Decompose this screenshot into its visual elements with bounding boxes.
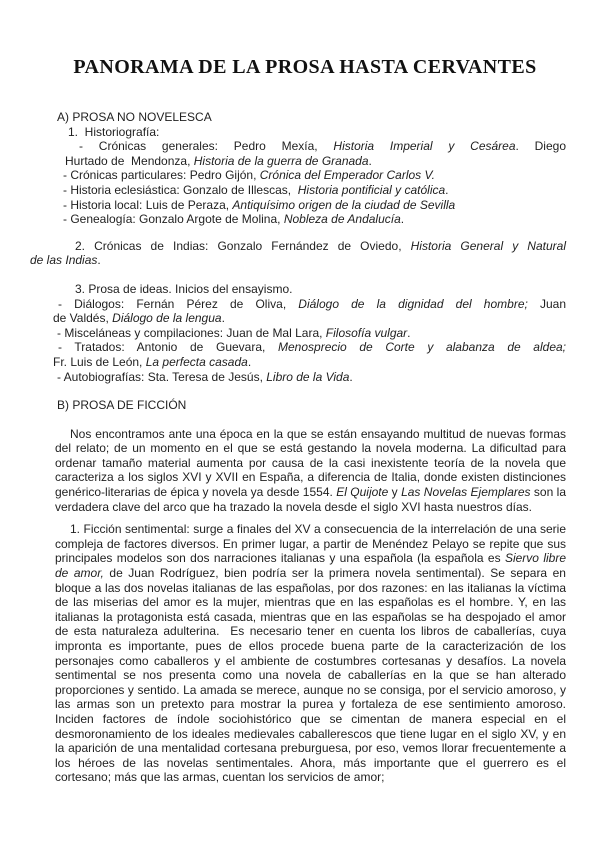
list-item-dialogos-line2: de Valdés, Diálogo de la lengua. bbox=[53, 311, 566, 326]
section-b-heading: B) PROSA DE FICCIÓN bbox=[57, 398, 566, 413]
book-title-italic: Filosofía vulgar bbox=[326, 326, 407, 340]
list-item-autobiografias: - Autobiografías: Sta. Teresa de Jesús, … bbox=[57, 370, 566, 385]
book-title-italic: Nobleza de Andalucía bbox=[284, 212, 401, 226]
book-title-italic: Diálogo de la dignidad del hombre; bbox=[298, 297, 528, 311]
list-item-miscelaneas: - Misceláneas y compilaciones: Juan de M… bbox=[57, 326, 566, 341]
list-item-cronicas-generales-line2: Hurtado de Mendonza, Historia de la guer… bbox=[65, 154, 566, 169]
book-title-italic: Historia General y Natural bbox=[411, 239, 566, 253]
numbered-item-3: 3. Prosa de ideas. Inicios del ensayismo… bbox=[75, 282, 566, 297]
book-title-italic: de las Indias bbox=[30, 253, 97, 267]
book-title-italic: Las Novelas Ejemplares bbox=[401, 485, 530, 499]
numbered-item-1: 1. Historiografía: bbox=[68, 125, 566, 140]
text-run: de Valdés, bbox=[53, 311, 112, 325]
text-run: - Diálogos: Fernán Pérez de Oliva, bbox=[58, 297, 298, 311]
text-run: - Crónicas particulares: Pedro Gijón, bbox=[63, 168, 260, 182]
list-item-historia-eclesiastica: - Historia eclesiástica: Gonzalo de Ille… bbox=[63, 183, 566, 198]
text-run: - Historia local: Luis de Peraza, bbox=[63, 198, 232, 212]
text-run: 1. Historiografía: bbox=[68, 125, 159, 139]
text-run: Fr. Luis de León, bbox=[53, 355, 146, 369]
text-run: B) PROSA DE FICCIÓN bbox=[57, 398, 186, 412]
list-item-tratados-line1: - Tratados: Antonio de Guevara, Menospre… bbox=[53, 340, 566, 355]
text-run: 1. Ficción sentimental: surge a finales … bbox=[55, 522, 566, 565]
document-body: A) PROSA NO NOVELESCA1. Historiografía:-… bbox=[55, 110, 566, 785]
section-a-heading: A) PROSA NO NOVELESCA bbox=[57, 110, 566, 125]
text-run: . bbox=[407, 326, 410, 340]
text-run: de Juan Rodríguez, bien podría ser la pr… bbox=[55, 566, 566, 784]
text-run: 3. Prosa de ideas. Inicios del ensayismo… bbox=[75, 282, 292, 296]
text-run: - Autobiografías: Sta. Teresa de Jesús, bbox=[57, 370, 266, 384]
text-run: Hurtado de Mendonza, bbox=[65, 154, 194, 168]
text-run: A) PROSA NO NOVELESCA bbox=[57, 110, 212, 124]
text-run: - Crónicas generales: Pedro Mexía, bbox=[79, 139, 333, 153]
document-title: PANORAMA DE LA PROSA HASTA CERVANTES bbox=[44, 54, 566, 80]
text-run: . bbox=[401, 212, 404, 226]
book-title-italic: Historia pontificial y católica bbox=[298, 183, 445, 197]
book-title-italic: Historia Imperial y Cesárea bbox=[333, 139, 515, 153]
list-item-cronicas-particulares: - Crónicas particulares: Pedro Gijón, Cr… bbox=[63, 168, 566, 183]
numbered-item-2-line2: de las Indias. bbox=[30, 253, 566, 268]
book-title-italic: Libro de la Vida bbox=[266, 370, 349, 384]
paragraph-epoca: Nos encontramos ante una época en la que… bbox=[55, 427, 566, 515]
text-run: 2. Crónicas de Indias: Gonzalo Fernández… bbox=[75, 239, 411, 253]
numbered-item-2-line1: 2. Crónicas de Indias: Gonzalo Fernández… bbox=[30, 239, 566, 254]
list-item-cronicas-generales-line1: - Crónicas generales: Pedro Mexía, Histo… bbox=[65, 139, 566, 154]
text-run: . bbox=[222, 311, 225, 325]
list-item-genealogia: - Genealogía: Gonzalo Argote de Molina, … bbox=[63, 212, 566, 227]
text-run: - Genealogía: Gonzalo Argote de Molina, bbox=[63, 212, 284, 226]
text-run: Juan bbox=[528, 297, 566, 311]
text-run: - Tratados: Antonio de Guevara, bbox=[58, 340, 278, 354]
text-run: y bbox=[388, 485, 401, 499]
text-run: - Historia eclesiástica: Gonzalo de Ille… bbox=[63, 183, 298, 197]
list-item-tratados-line2: Fr. Luis de León, La perfecta casada. bbox=[53, 355, 566, 370]
text-run: . bbox=[248, 355, 251, 369]
book-title-italic: Menosprecio de Corte y alabanza de aldea… bbox=[278, 340, 566, 354]
book-title-italic: Antiquísimo origen de la ciudad de Sevil… bbox=[232, 198, 455, 212]
text-run: . Diego bbox=[516, 139, 566, 153]
list-item-dialogos-line1: - Diálogos: Fernán Pérez de Oliva, Diálo… bbox=[53, 297, 566, 312]
list-item-historia-local: - Historia local: Luis de Peraza, Antiqu… bbox=[63, 198, 566, 213]
paragraph-ficcion-sentimental: 1. Ficción sentimental: surge a finales … bbox=[55, 522, 566, 785]
text-run: . bbox=[97, 253, 100, 267]
book-title-italic: La perfecta casada bbox=[146, 355, 248, 369]
text-run: . bbox=[369, 154, 372, 168]
text-run: . bbox=[349, 370, 352, 384]
document-page: PANORAMA DE LA PROSA HASTA CERVANTES A) … bbox=[0, 0, 599, 848]
book-title-italic: Historia de la guerra de Granada bbox=[194, 154, 369, 168]
book-title-italic: Diálogo de la lengua bbox=[112, 311, 221, 325]
book-title-italic: El Quijote bbox=[336, 485, 388, 499]
text-run: - Misceláneas y compilaciones: Juan de M… bbox=[57, 326, 326, 340]
text-run: . bbox=[445, 183, 448, 197]
book-title-italic: Crónica del Emperador Carlos V. bbox=[260, 168, 435, 182]
